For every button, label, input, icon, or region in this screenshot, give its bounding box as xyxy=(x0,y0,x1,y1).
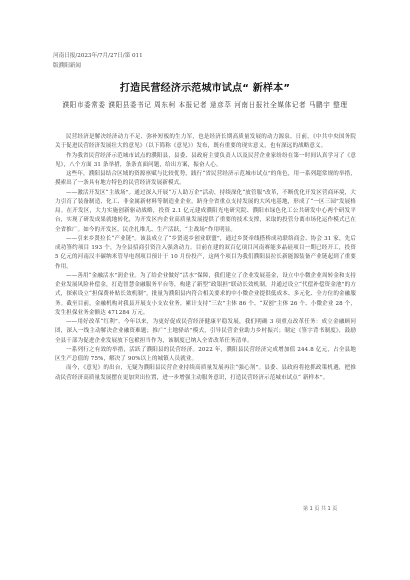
paragraph: ——用好改革“红利”。今年以来，为更好促成民营经济健康平稳发展，我们明确 3 项… xyxy=(55,318,356,346)
document-page: 河南日报/2023年/7月/27日/第 011 版濮阳新闻 打造民营经济示范城市… xyxy=(0,0,410,580)
paragraph: ——善用“金融活水”润企业。为了给企业做好“活水”保障，我们建立了企业发展基金，… xyxy=(55,272,356,318)
paragraph: 而今，《意见》的出台，无疑为濮阳县民营企业持续高质量发展再注“强心剂”。县委、县… xyxy=(55,364,356,383)
page-indicator: 第 1 页 共 1 页 xyxy=(303,505,337,512)
paragraph: 作为我省民营经济示范城市试点的濮阳县，县委、县政府主要负责人以及民营企业家纷纷在… xyxy=(55,152,356,171)
paragraph: 这些年，濮阳县结合区域的资源禀赋与比较优势，践行“省民营经济示范城市试点”的角色… xyxy=(55,170,356,189)
paragraph: ——引来乡贤拉长“产业链”。该县成立了“乡贤返乡创业联盟”，通过乡贤牵线搭桥成功… xyxy=(55,235,356,272)
article-title: 打造民营经济示范城市试点“ 新样本” xyxy=(0,79,410,94)
article-byline: 濮阳市委常委 濮阳县委书记 周东柯 本报记者 逯彦萃 河南日报社全媒体记者 马鹏… xyxy=(55,100,355,110)
article-body: 民营经济是解决经济动力不足、弥补短板的生力军，也是经济长期高质量发展的动力源泉。… xyxy=(55,133,356,383)
paragraph: 一系列行之有效的举措，活跃了濮阳县的民营经济。2022 年，濮阳县民营经济完成增… xyxy=(55,346,356,365)
section-label: 版濮阳新闻 xyxy=(53,62,81,70)
source-line: 河南日报/2023年/7月/27日/第 011 xyxy=(53,52,143,60)
paragraph: 民营经济是解决经济动力不足、弥补短板的生力军，也是经济长期高质量发展的动力源泉。… xyxy=(55,133,356,152)
paragraph: ——激活开发区“主战场”。通过深入开展“万人助万企”活动，持续深化“放管服”改革… xyxy=(55,189,356,235)
